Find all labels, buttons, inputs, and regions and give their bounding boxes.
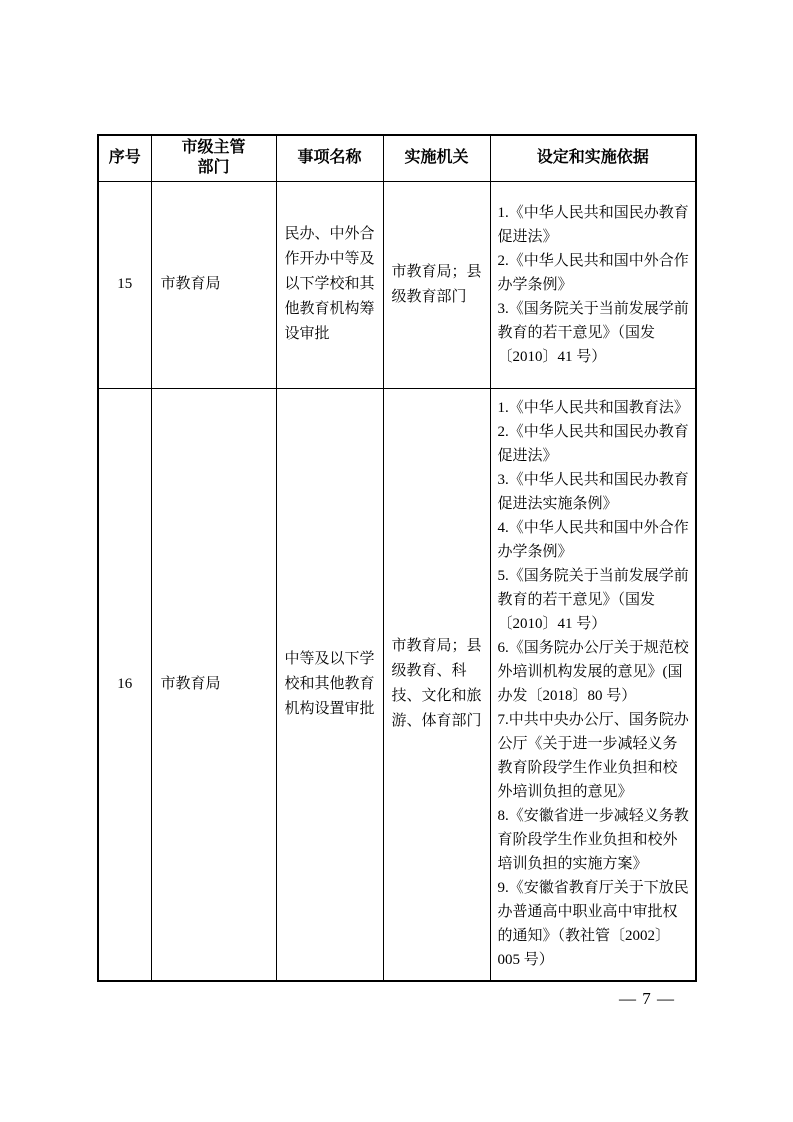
table-row-16: 16 市教育局 中等及以下学校和其他教育机构设置审批 市教育局；县级教育、科技、… bbox=[98, 388, 696, 981]
basis-item: 2.《中华人民共和国中外合作办学条例》 bbox=[498, 249, 692, 297]
row15-item-name: 民办、中外合作开办中等及以下学校和其他教育机构筹设审批 bbox=[276, 181, 383, 388]
row16-seq: 16 bbox=[98, 388, 151, 981]
header-basis-label: 设定和实施依据 bbox=[537, 149, 649, 166]
header-department-label: 市级主管部门 bbox=[179, 138, 249, 178]
row16-agency: 市教育局；县级教育、科技、文化和旅游、体育部门 bbox=[383, 388, 490, 981]
basis-item: 2.《中华人民共和国民办教育促进法》 bbox=[498, 420, 692, 468]
basis-item: 1.《中华人民共和国教育法》 bbox=[498, 396, 692, 420]
row15-agency: 市教育局；县级教育部门 bbox=[383, 181, 490, 388]
document-page: 序号 市级主管部门 事项名称 实施机关 设定和实施依据 15 市教育局 bbox=[0, 0, 793, 1122]
row16-item-name: 中等及以下学校和其他教育机构设置审批 bbox=[276, 388, 383, 981]
header-department: 市级主管部门 bbox=[151, 135, 276, 181]
header-agency: 实施机关 bbox=[383, 135, 490, 181]
approval-items-table: 序号 市级主管部门 事项名称 实施机关 设定和实施依据 15 市教育局 bbox=[97, 134, 697, 982]
header-item-name: 事项名称 bbox=[276, 135, 383, 181]
header-item-name-label: 事项名称 bbox=[297, 149, 361, 166]
row16-basis: 1.《中华人民共和国教育法》 2.《中华人民共和国民办教育促进法》 3.《中华人… bbox=[490, 388, 696, 981]
basis-item: 3.《国务院关于当前发展学前教育的若干意见》（国发〔2010〕41 号） bbox=[498, 297, 692, 369]
table-header-row: 序号 市级主管部门 事项名称 实施机关 设定和实施依据 bbox=[98, 135, 696, 181]
basis-item: 4.《中华人民共和国中外合作办学条例》 bbox=[498, 516, 692, 564]
basis-item: 1.《中华人民共和国民办教育促进法》 bbox=[498, 201, 692, 249]
header-agency-label: 实施机关 bbox=[404, 149, 468, 166]
row15-basis: 1.《中华人民共和国民办教育促进法》 2.《中华人民共和国中外合作办学条例》 3… bbox=[490, 181, 696, 388]
table-row-15: 15 市教育局 民办、中外合作开办中等及以下学校和其他教育机构筹设审批 市教育局… bbox=[98, 181, 696, 388]
header-seq: 序号 bbox=[98, 135, 151, 181]
row15-department: 市教育局 bbox=[151, 181, 276, 388]
row16-department: 市教育局 bbox=[151, 388, 276, 981]
basis-item: 8.《安徽省进一步减轻义务教育阶段学生作业负担和校外培训负担的实施方案》 bbox=[498, 804, 692, 876]
page-number: — 7 — bbox=[597, 989, 697, 1009]
basis-item: 7.中共中央办公厅、国务院办公厅《关于进一步减轻义务教育阶段学生作业负担和校外培… bbox=[498, 708, 692, 804]
basis-item: 6.《国务院办公厅关于规范校外培训机构发展的意见》(国办发〔2018〕80 号） bbox=[498, 636, 692, 708]
row15-seq: 15 bbox=[98, 181, 151, 388]
header-basis: 设定和实施依据 bbox=[490, 135, 696, 181]
header-seq-label: 序号 bbox=[109, 149, 141, 166]
basis-item: 3.《中华人民共和国民办教育促进法实施条例》 bbox=[498, 468, 692, 516]
basis-item: 5.《国务院关于当前发展学前教育的若干意见》（国发〔2010〕41 号） bbox=[498, 564, 692, 636]
basis-item: 9.《安徽省教育厅关于下放民办普通高中职业高中审批权的通知》（教社管〔2002〕… bbox=[498, 876, 692, 972]
